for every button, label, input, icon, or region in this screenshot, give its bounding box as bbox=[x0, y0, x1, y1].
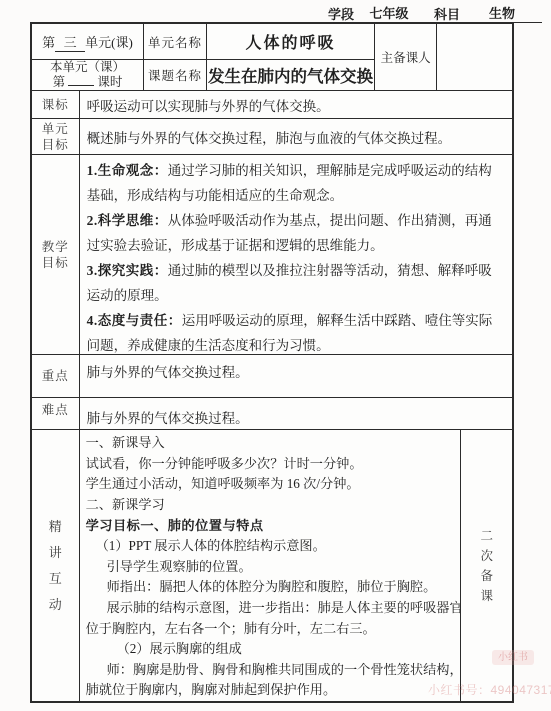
lecture-line-objective: 学习目标一、肺的位置与特点 bbox=[86, 516, 456, 537]
lecture-line: 引导学生观察肺的位置。 bbox=[86, 557, 456, 578]
lesson-plan-table: 第 三 单元(课) 单元名称 人体的呼吸 本单元（课） 第 课时 bbox=[30, 22, 514, 703]
lecture-line: 位于胸腔内，左右各一个；肺有分叶，左二右三。 bbox=[86, 619, 456, 640]
goal-4-lead: 4.态度与责任： bbox=[87, 313, 182, 328]
key-point-label: 重点 bbox=[32, 355, 80, 398]
unit-name-cell: 人体的呼吸 bbox=[207, 24, 375, 60]
unit-prefix: 第 bbox=[42, 32, 55, 51]
stage-value: 七年级 bbox=[356, 3, 422, 23]
lecture-line: 二、新课学习 bbox=[86, 495, 456, 516]
lesson-line1: 本单元（课） bbox=[50, 60, 125, 75]
preparer-value-cell bbox=[437, 24, 512, 91]
topic-row: 本单元（课） 第 课时 课题名称 发生在肺内的气体交换 bbox=[32, 60, 375, 91]
curriculum-standard-label: 课标 bbox=[32, 91, 80, 119]
lesson-number-blank bbox=[68, 85, 94, 86]
unit-suffix: 单元(课) bbox=[85, 32, 133, 51]
difficult-point-label: 难点 bbox=[32, 398, 80, 430]
unit-row: 第 三 单元(课) 单元名称 人体的呼吸 bbox=[32, 24, 375, 60]
unit-number-value: 三 bbox=[55, 32, 85, 52]
unit-goal-label: 单元 目标 bbox=[32, 119, 80, 155]
difficult-point-row: 难点 肺与外界的气体交换过程。 bbox=[32, 398, 512, 430]
lecture-content-cell: 一、新课导入 试试看，你一分钟能呼吸多少次？计时一分钟。 学生通过小活动，知道呼… bbox=[80, 430, 462, 701]
stage-label: 学段 bbox=[328, 4, 354, 23]
teaching-goals-label-line1: 教学 bbox=[42, 239, 69, 255]
lecture-label: 精讲互动 bbox=[48, 514, 63, 618]
goal-item-attitude-responsibility: 4.态度与责任：运用呼吸运动的原理，解释生活中踩踏、噎住等实际问题，养成健康的生… bbox=[87, 308, 505, 358]
lecture-line: 肺就位于胸廓内，胸廓对肺起到保护作用。 bbox=[86, 680, 456, 701]
key-point-content: 肺与外界的气体交换过程。 bbox=[80, 355, 512, 398]
lecture-line: 师：胸廓是肋骨、胸骨和胸椎共同围成的一个骨性笼状结构， bbox=[86, 660, 456, 681]
page-header: 学段 七年级 科目 生物 bbox=[328, 3, 545, 23]
secondary-prep-label: 二次备课 bbox=[479, 526, 494, 606]
curriculum-standard-content: 呼吸运动可以实现肺与外界的气体交换。 bbox=[80, 91, 512, 119]
goal-item-scientific-thinking: 2.科学思维：从体验呼吸活动作为基点，提出问题、作出猜测，再通过实验去验证，形成… bbox=[87, 208, 505, 258]
preparer-cell: 主备课人 bbox=[375, 24, 437, 91]
lecture-line: 展示肺的结构示意图，进一步指出：肺是人体主要的呼吸器官， bbox=[86, 598, 456, 619]
topic-label-cell: 课题名称 bbox=[144, 60, 207, 91]
unit-goal-row: 单元 目标 概述肺与外界的气体交换过程，肺泡与血液的气体交换过程。 bbox=[32, 119, 512, 155]
goal-3-lead: 3.探究实践： bbox=[87, 263, 168, 278]
unit-goal-content: 概述肺与外界的气体交换过程，肺泡与血液的气体交换过程。 bbox=[80, 119, 512, 155]
unit-number-cell: 第 三 单元(课) bbox=[32, 24, 144, 60]
watermark-badge: 小红书 bbox=[492, 650, 534, 665]
goal-2-lead: 2.科学思维： bbox=[87, 213, 168, 228]
teaching-goals-row: 教学 目标 1.生命观念：通过学习肺的相关知识，理解肺是完成呼吸运动的结构基础，… bbox=[32, 155, 512, 355]
subject-label: 科目 bbox=[434, 4, 460, 23]
watermark-text: 小红书号：4940473177 bbox=[428, 681, 551, 698]
lecture-line: （2）展示胸廓的组成 bbox=[86, 639, 456, 660]
goal-item-life-concept: 1.生命观念：通过学习肺的相关知识，理解肺是完成呼吸运动的结构基础，形成结构与功… bbox=[87, 158, 505, 208]
topic-name-cell: 发生在肺内的气体交换 bbox=[207, 60, 375, 91]
unit-goal-label-line2: 目标 bbox=[42, 137, 69, 153]
unit-name-label-cell: 单元名称 bbox=[144, 24, 207, 60]
lesson-suffix: 课时 bbox=[97, 75, 122, 89]
lecture-line: 学生通过小活动，知道呼吸频率为 16 次/分钟。 bbox=[86, 474, 456, 495]
lecture-line: 一、新课导入 bbox=[86, 433, 456, 454]
difficult-point-content: 肺与外界的气体交换过程。 bbox=[80, 398, 512, 430]
lecture-label-cell: 精讲互动 bbox=[32, 430, 80, 701]
teaching-goals-content: 1.生命观念：通过学习肺的相关知识，理解肺是完成呼吸运动的结构基础，形成结构与功… bbox=[80, 155, 512, 355]
unit-goal-label-line1: 单元 bbox=[42, 121, 69, 137]
goal-item-inquiry-practice: 3.探究实践：通过肺的模型以及推拉注射器等活动，猜想、解释呼吸运动的原理。 bbox=[87, 258, 505, 308]
subject-value: 生物 bbox=[462, 3, 542, 23]
lesson-prefix: 第 bbox=[53, 75, 66, 89]
lesson-line2: 第 课时 bbox=[53, 75, 123, 90]
teaching-goals-label: 教学 目标 bbox=[32, 155, 80, 355]
lecture-interaction-row: 精讲互动 一、新课导入 试试看，你一分钟能呼吸多少次？计时一分钟。 学生通过小活… bbox=[32, 430, 512, 701]
lecture-line: 师指出：膈把人体的体腔分为胸腔和腹腔，肺位于胸腔。 bbox=[86, 577, 456, 598]
key-point-row: 重点 肺与外界的气体交换过程。 bbox=[32, 355, 512, 398]
header-left-group: 第 三 单元(课) 单元名称 人体的呼吸 本单元（课） 第 课时 bbox=[32, 24, 375, 91]
table-header-block: 第 三 单元(课) 单元名称 人体的呼吸 本单元（课） 第 课时 bbox=[32, 24, 512, 91]
curriculum-standard-row: 课标 呼吸运动可以实现肺与外界的气体交换。 bbox=[32, 91, 512, 119]
lecture-line: 试试看，你一分钟能呼吸多少次？计时一分钟。 bbox=[86, 454, 456, 475]
lecture-line: （1）PPT 展示人体的体腔结构示意图。 bbox=[86, 536, 456, 557]
teaching-goals-label-line2: 目标 bbox=[42, 255, 69, 271]
goal-1-lead: 1.生命观念： bbox=[87, 163, 168, 178]
lesson-period-cell: 本单元（课） 第 课时 bbox=[32, 60, 144, 91]
lesson-plan-page: 学段 七年级 科目 生物 第 三 单元(课) 单元名称 人体的呼吸 bbox=[0, 0, 551, 711]
